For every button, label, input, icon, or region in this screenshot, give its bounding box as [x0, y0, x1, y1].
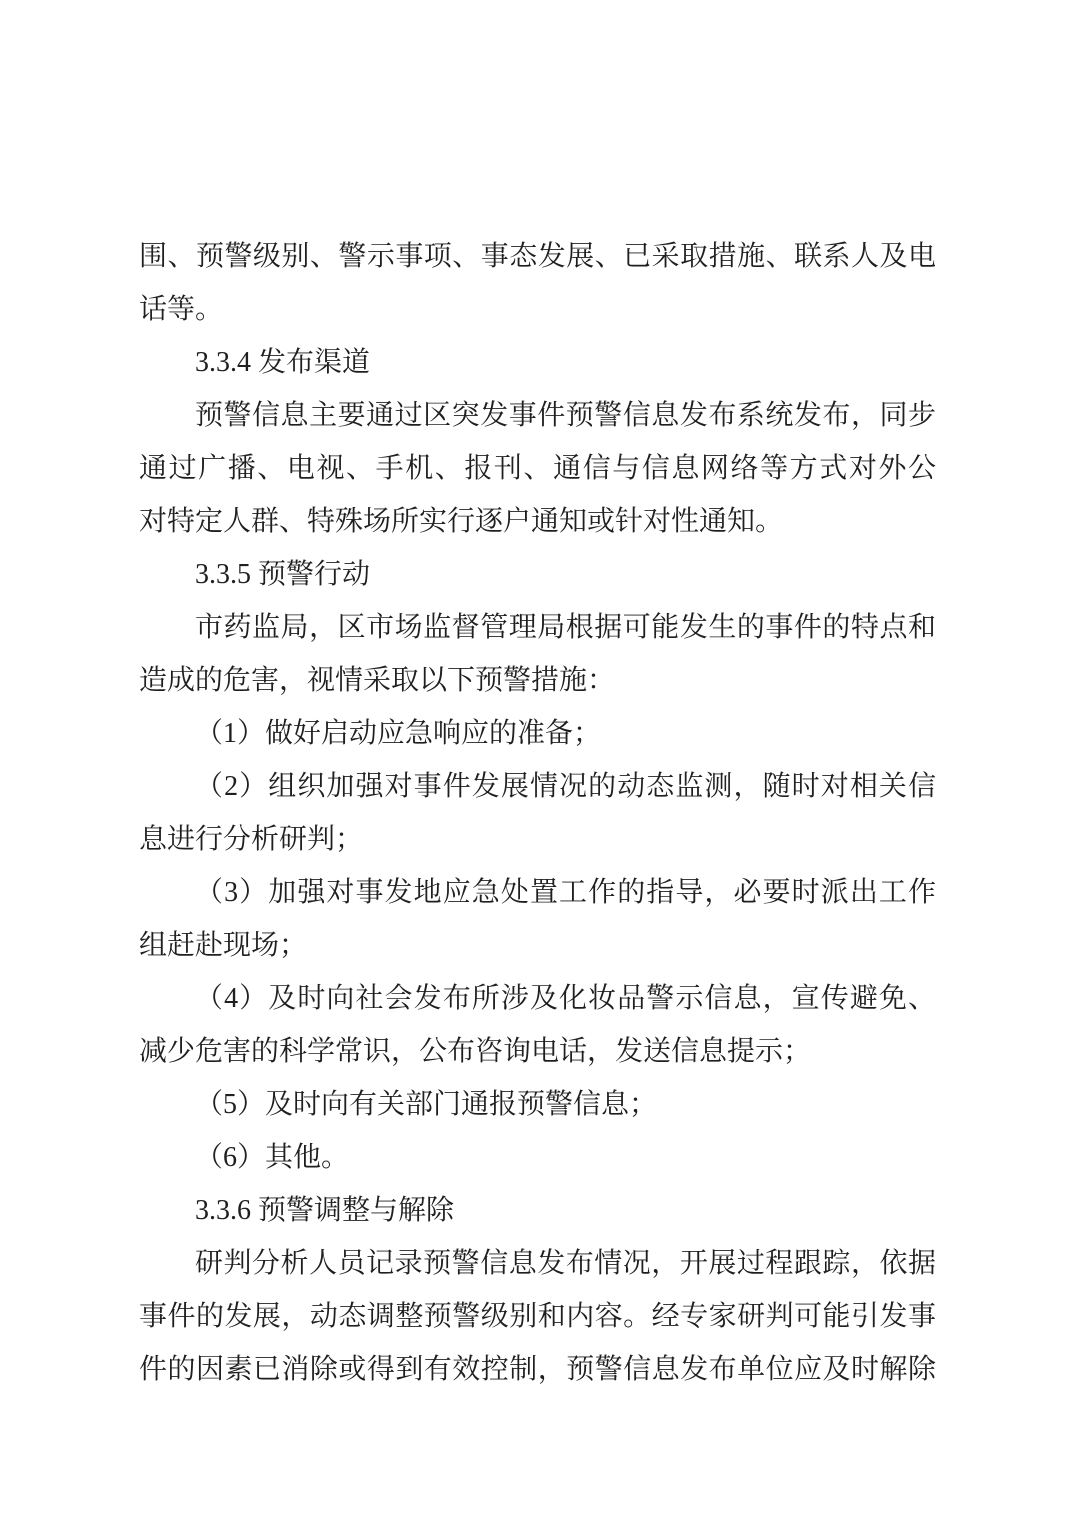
- text-line: （4）及时向社会发布所涉及化妆品警示信息，宣传避免、: [139, 972, 936, 1025]
- text-line: 件的因素已消除或得到有效控制，预警信息发布单位应及时解除: [139, 1343, 936, 1396]
- text-line: 造成的危害，视情采取以下预警措施：: [139, 654, 936, 707]
- text-line: 预警信息主要通过区突发事件预警信息发布系统发布，同步: [139, 389, 936, 442]
- text-line: 对特定人群、特殊场所实行逐户通知或针对性通知。: [139, 495, 936, 548]
- text-line: 3.3.4 发布渠道: [139, 336, 936, 389]
- text-line: （1）做好启动应急响应的准备；: [139, 707, 936, 760]
- text-line: 息进行分析研判；: [139, 813, 936, 866]
- text-line: 事件的发展，动态调整预警级别和内容。经专家研判可能引发事: [139, 1290, 936, 1343]
- text-line: （3）加强对事发地应急处置工作的指导，必要时派出工作: [139, 866, 936, 919]
- text-line: [139, 177, 936, 230]
- text-line: 话等。: [139, 283, 936, 336]
- text-line: 减少危害的科学常识，公布咨询电话，发送信息提示；: [139, 1025, 936, 1078]
- text-line: 通过广播、电视、手机、报刊、通信与信息网络等方式对外公布，: [139, 442, 936, 495]
- text-line: （5）及时向有关部门通报预警信息；: [139, 1078, 936, 1131]
- text-line: 3.3.6 预警调整与解除: [139, 1184, 936, 1237]
- text-line: （2）组织加强对事件发展情况的动态监测，随时对相关信: [139, 760, 936, 813]
- text-line: 围、预警级别、警示事项、事态发展、已采取措施、联系人及电: [139, 230, 936, 283]
- text-line: 市药监局，区市场监督管理局根据可能发生的事件的特点和: [139, 601, 936, 654]
- text-line: 研判分析人员记录预警信息发布情况，开展过程跟踪，依据: [139, 1237, 936, 1290]
- text-line: 3.3.5 预警行动: [139, 548, 936, 601]
- text-line: （6）其他。: [139, 1131, 936, 1184]
- document-body: 围、预警级别、警示事项、事态发展、已采取措施、联系人及电话等。3.3.4 发布渠…: [139, 177, 936, 1396]
- text-line: 组赶赴现场；: [139, 919, 936, 972]
- document-page: 围、预警级别、警示事项、事态发展、已采取措施、联系人及电话等。3.3.4 发布渠…: [0, 0, 1074, 1520]
